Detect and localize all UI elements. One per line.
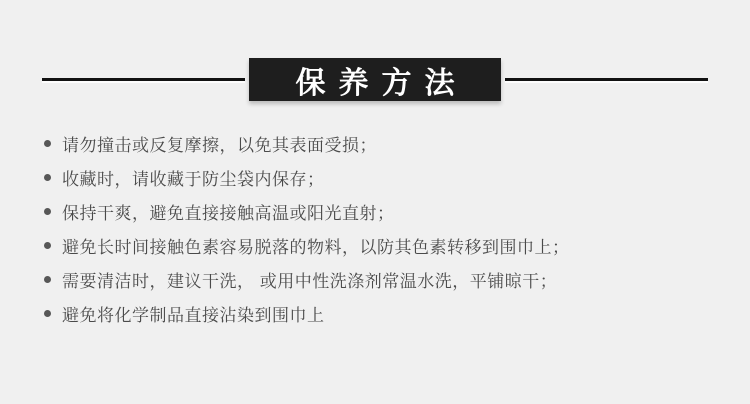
bullet-icon — [44, 276, 51, 283]
bullet-icon — [44, 140, 51, 147]
list-item-text: 避免长时间接触色素容易脱落的物料，以防其色素转移到围巾上； — [62, 233, 570, 258]
section-header: 保养方法 — [0, 0, 750, 101]
care-instructions-panel: 保养方法 请勿撞击或反复摩擦，以免其表面受损； 收藏时，请收藏于防尘袋内保存； … — [0, 0, 750, 404]
list-item: 保持干爽，避免直接接触高温或阳光直射； — [44, 194, 730, 228]
header-rule-right — [505, 78, 708, 81]
header-rule-left — [42, 78, 245, 81]
list-item-text: 需要清洁时，建议干洗， 或用中性洗涤剂常温水洗，平铺晾干； — [62, 267, 557, 292]
bullet-icon — [44, 174, 51, 181]
care-instructions-list: 请勿撞击或反复摩擦，以免其表面受损； 收藏时，请收藏于防尘袋内保存； 保持干爽，… — [0, 126, 750, 330]
list-item-text: 请勿撞击或反复摩擦，以免其表面受损； — [62, 131, 377, 156]
list-item: 收藏时，请收藏于防尘袋内保存； — [44, 160, 730, 194]
bullet-icon — [44, 310, 51, 317]
list-item: 需要清洁时，建议干洗， 或用中性洗涤剂常温水洗，平铺晾干； — [44, 262, 730, 296]
list-item-text: 收藏时，请收藏于防尘袋内保存； — [62, 165, 325, 190]
list-item-text: 避免将化学制品直接沾染到围巾上 — [62, 301, 325, 326]
list-item: 避免长时间接触色素容易脱落的物料，以防其色素转移到围巾上； — [44, 228, 730, 262]
list-item: 避免将化学制品直接沾染到围巾上 — [44, 296, 730, 330]
bullet-icon — [44, 242, 51, 249]
list-item: 请勿撞击或反复摩擦，以免其表面受损； — [44, 126, 730, 160]
list-item-text: 保持干爽，避免直接接触高温或阳光直射； — [62, 199, 395, 224]
section-title-banner: 保养方法 — [249, 58, 501, 101]
bullet-icon — [44, 208, 51, 215]
